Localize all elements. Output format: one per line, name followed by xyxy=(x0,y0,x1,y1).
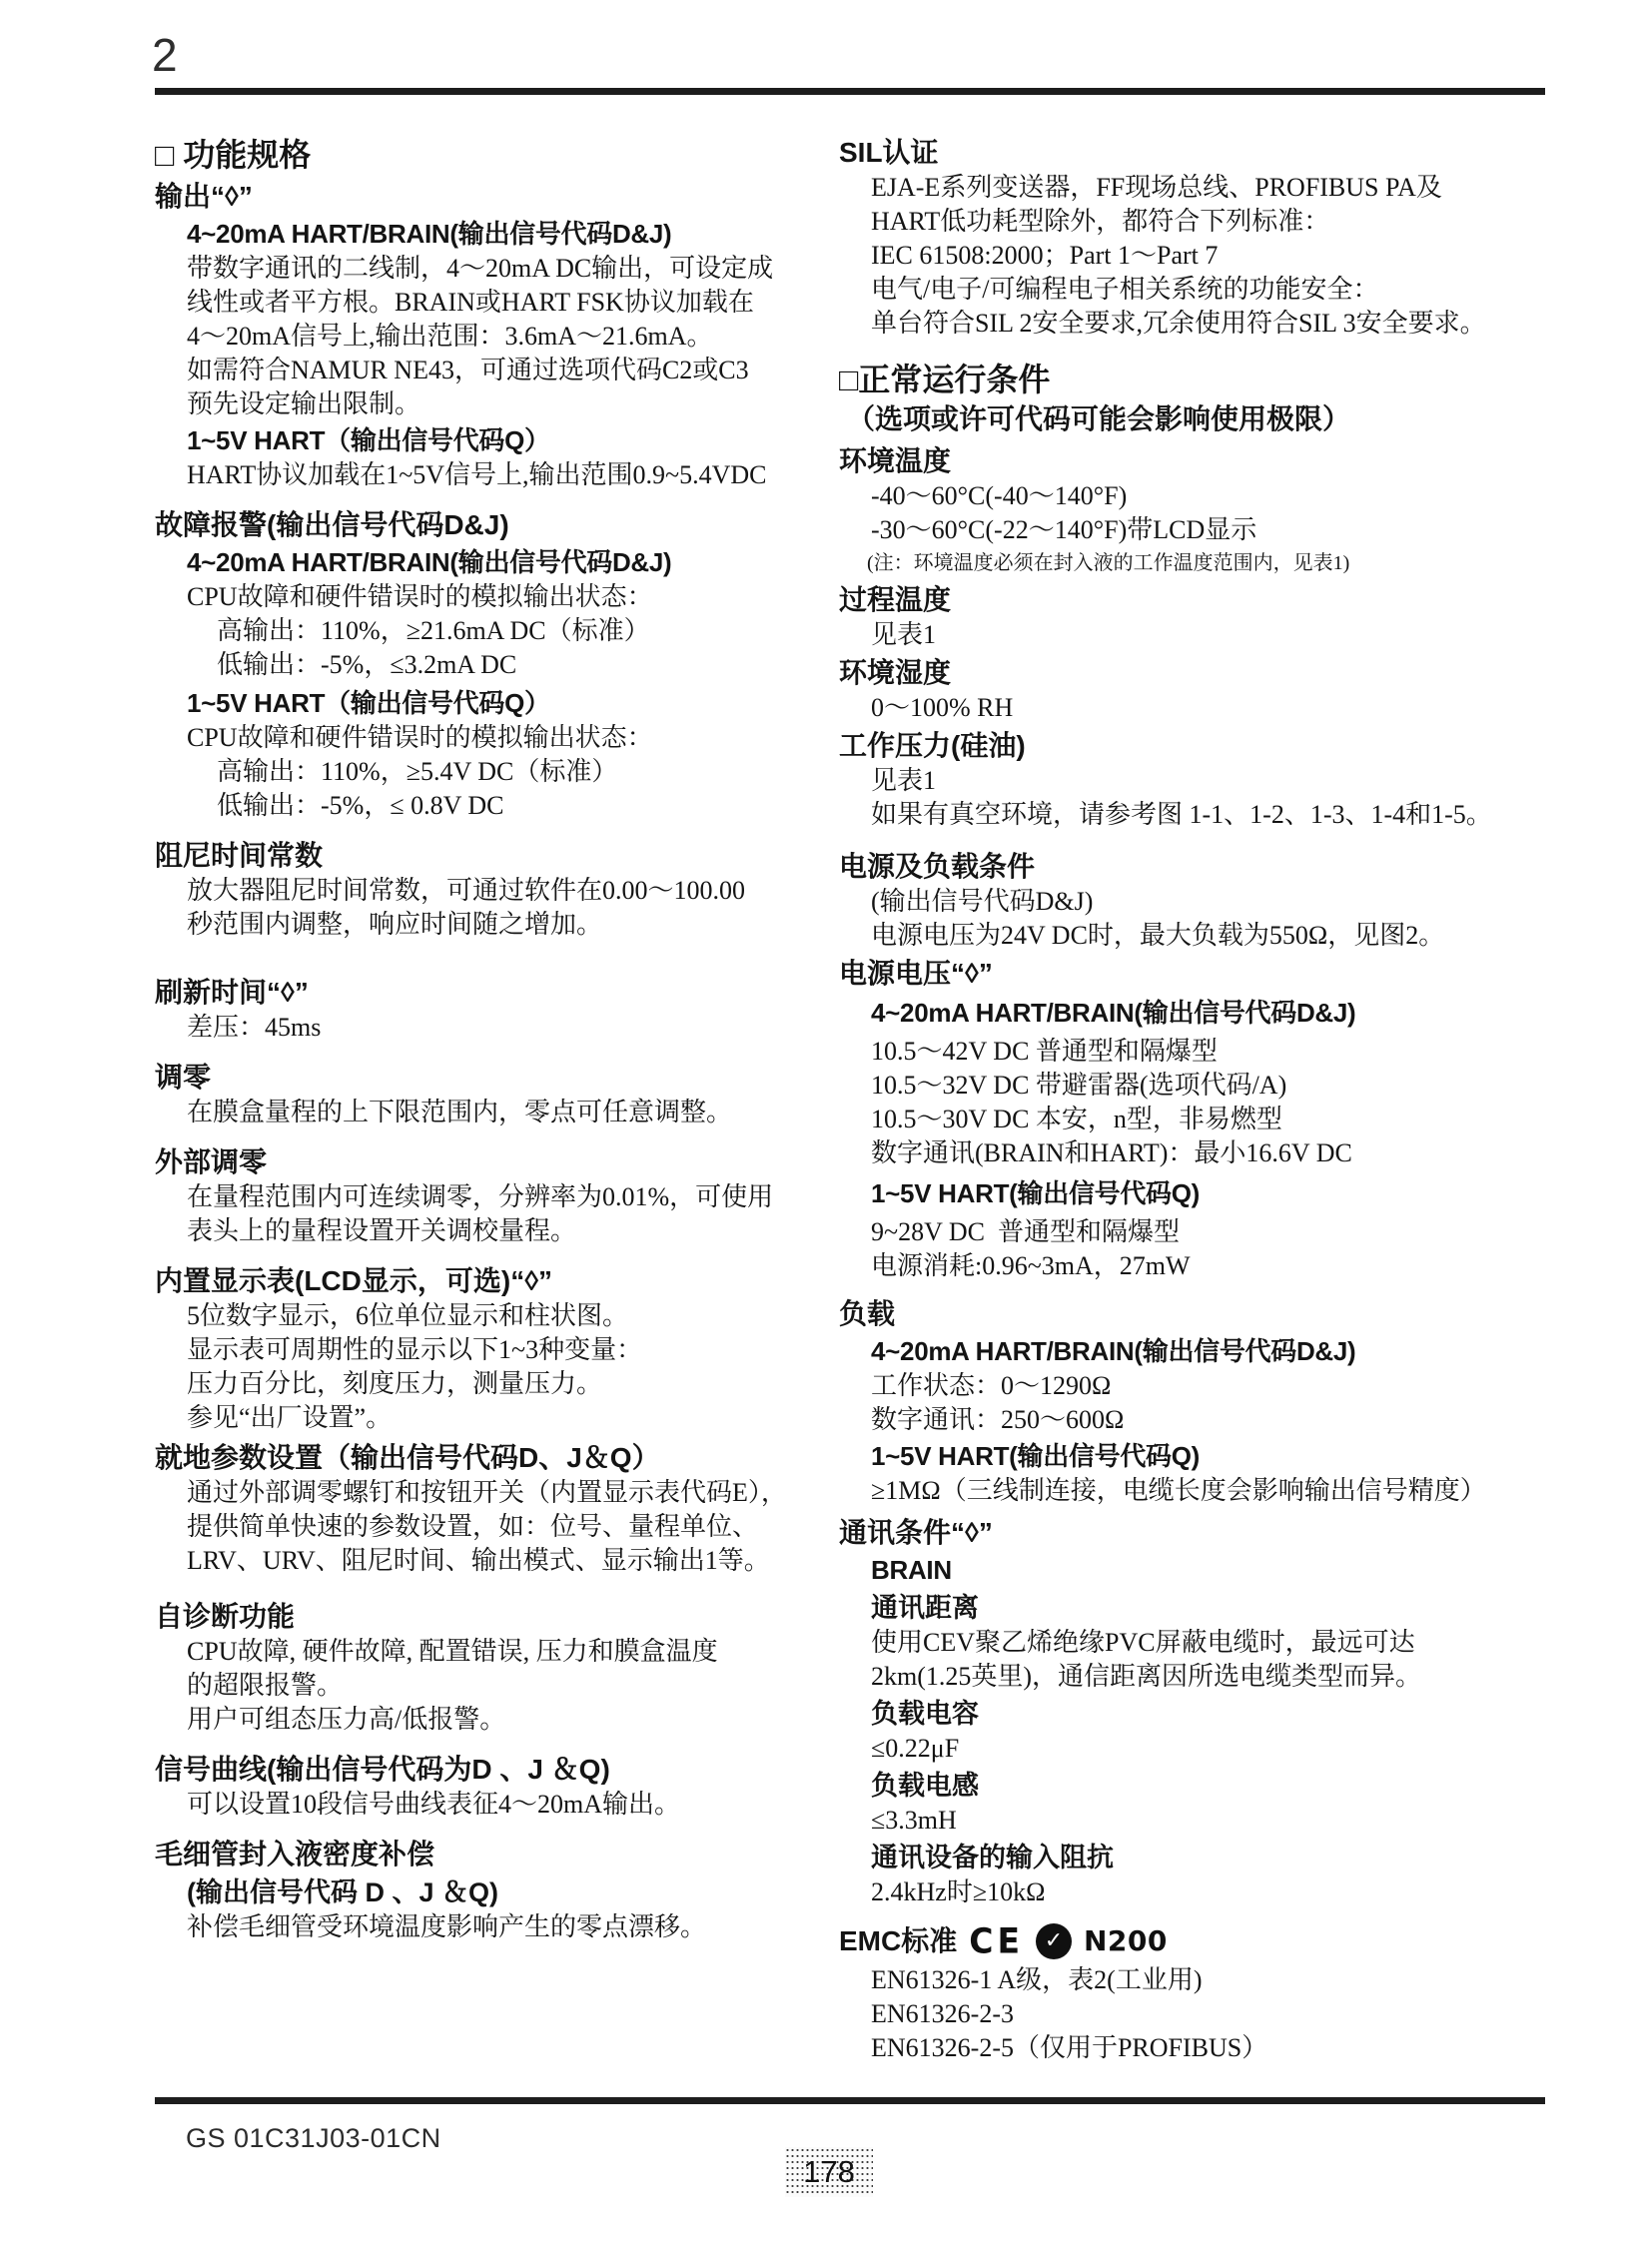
spec-text-line: ≤0.22μF xyxy=(839,1732,1562,1766)
document-page: 2 □ 功能规格输出“◊”4~20mA HART/BRAIN(输出信号代码D&J… xyxy=(0,0,1652,2242)
section-heading: □正常运行条件 xyxy=(839,359,1562,400)
section-heading: 4~20mA HART/BRAIN(输出信号代码D&J) xyxy=(155,217,826,252)
spec-text-line: 秒范围内调整，响应时间随之增加。 xyxy=(155,908,826,942)
section-heading: 环境温度 xyxy=(839,442,1562,479)
section-heading: 调零 xyxy=(155,1059,826,1096)
spec-text-line: IEC 61508:2000；Part 1～Part 7 xyxy=(839,239,1562,273)
section-heading: 4~20mA HART/BRAIN(输出信号代码D&J) xyxy=(839,1334,1562,1369)
section-heading: BRAIN xyxy=(839,1553,1562,1588)
section-heading: 工作压力(硅油) xyxy=(839,727,1562,764)
section-heading: (输出信号代码 D 、J ＆Q) xyxy=(155,1874,826,1910)
section-heading: 1~5V HART(输出信号代码Q) xyxy=(839,1176,1562,1211)
spec-text-line: 5位数字显示，6位单位显示和柱状图。 xyxy=(155,1299,826,1333)
header-rule xyxy=(155,88,1545,95)
spec-text-line: 差压：45ms xyxy=(155,1011,826,1045)
spec-text-line: 表头上的量程设置开关调校量程。 xyxy=(155,1214,826,1248)
section-heading: 4~20mA HART/BRAIN(输出信号代码D&J) xyxy=(839,996,1562,1031)
spec-text-line: 的超限报警。 xyxy=(155,1669,826,1703)
spec-text-line: 放大器阻尼时间常数，可通过软件在0.00～100.00 xyxy=(155,874,826,908)
section-heading: 信号曲线(输出信号代码为D 、J ＆Q) xyxy=(155,1751,826,1788)
spec-text-line: 4～20mA信号上,输出范围：3.6mA～21.6mA。 xyxy=(155,320,826,354)
section-heading: 负载电感 xyxy=(839,1768,1562,1804)
spec-text-line: 0～100% RH xyxy=(839,691,1562,725)
spec-text-line: 使用CEV聚乙烯绝缘PVC屏蔽电缆时，最远可达 xyxy=(839,1626,1562,1660)
section-heading: 环境湿度 xyxy=(839,654,1562,691)
spec-text-line: 数字通讯：250～600Ω xyxy=(839,1403,1562,1437)
spec-text-line: ≥1MΩ（三线制连接，电缆长度会影响输出信号精度） xyxy=(839,1474,1562,1508)
section-heading: 刷新时间“◊” xyxy=(155,974,826,1011)
section-heading: 故障报警(输出信号代码D&J) xyxy=(155,506,826,543)
section-heading: 通讯条件“◊” xyxy=(839,1514,1562,1551)
spec-text-line: 单台符合SIL 2安全要求,冗余使用符合SIL 3安全要求。 xyxy=(839,307,1562,341)
spec-text-line: 压力百分比，刻度压力，测量压力。 xyxy=(155,1367,826,1401)
spec-text-line: -40～60°C(-40～140°F) xyxy=(839,479,1562,513)
spec-text-line: 见表1 xyxy=(839,764,1562,798)
spec-text-line: 在膜盒量程的上下限范围内，零点可任意调整。 xyxy=(155,1096,826,1129)
spec-text-line: 电源电压为24V DC时，最大负载为550Ω，见图2。 xyxy=(839,919,1562,953)
emc-standard-line: EMC标准CE✓N200 xyxy=(839,1919,1562,1963)
section-heading: 电源及负载条件 xyxy=(839,848,1562,885)
spec-text-line: HART低功耗型除外，都符合下列标准： xyxy=(839,205,1562,239)
spec-text-line: EN61326-2-5（仅用于PROFIBUS） xyxy=(839,2031,1562,2065)
section-heading: 电源电压“◊” xyxy=(839,955,1562,992)
section-heading: 1~5V HART（输出信号代码Q） xyxy=(155,686,826,721)
spec-text-line: 补偿毛细管受环境温度影响产生的零点漂移。 xyxy=(155,1910,826,1944)
spec-text-line: ≤3.3mH xyxy=(839,1804,1562,1838)
spec-text-line: EJA-E系列变送器，FF现场总线、PROFIBUS PA及 xyxy=(839,171,1562,205)
section-heading: 1~5V HART(输出信号代码Q) xyxy=(839,1439,1562,1474)
section-heading: □ 功能规格 xyxy=(155,134,826,176)
c-tick-icon: ✓ xyxy=(1036,1923,1072,1959)
spec-text-line: 2.4kHz时≥10kΩ xyxy=(839,1875,1562,1909)
spec-text-line: 低输出：-5%，≤ 0.8V DC xyxy=(155,789,826,823)
ce-mark-icon: CE xyxy=(969,1923,1024,1959)
section-heading: 自诊断功能 xyxy=(155,1598,826,1635)
spec-text-line: 10.5～42V DC 普通型和隔爆型 xyxy=(839,1035,1562,1069)
spec-text-line: 2km(1.25英里)，通信距离因所选电缆类型而异。 xyxy=(839,1660,1562,1694)
note-line: (注：环境温度必须在封入液的工作温度范围内，见表1) xyxy=(839,547,1562,579)
section-heading: 通讯设备的输入阻抗 xyxy=(839,1840,1562,1875)
spec-text-line: 数字通讯(BRAIN和HART)：最小16.6V DC xyxy=(839,1136,1562,1170)
section-heading: 外部调零 xyxy=(155,1143,826,1180)
spec-text-line: 线性或者平方根。BRAIN或HART FSK协议加载在 xyxy=(155,286,826,320)
page-number-box: 178 xyxy=(785,2147,873,2197)
spec-text-line: -30～60°C(-22～140°F)带LCD显示 xyxy=(839,513,1562,547)
spec-text-line: 见表1 xyxy=(839,618,1562,652)
right-column: SIL认证EJA-E系列变送器，FF现场总线、PROFIBUS PA及HART低… xyxy=(839,134,1562,2065)
spec-text-line: CPU故障, 硬件故障, 配置错误, 压力和膜盒温度 xyxy=(155,1635,826,1669)
spec-text-line: 参见“出厂设置”。 xyxy=(155,1401,826,1435)
spec-text-line: 带数字通讯的二线制，4～20mA DC输出，可设定成 xyxy=(155,252,826,286)
spec-text-line: CPU故障和硬件错误时的模拟输出状态： xyxy=(155,721,826,755)
document-number: GS 01C31J03-01CN xyxy=(186,2123,441,2154)
spec-text-line: 电源消耗:0.96~3mA，27mW xyxy=(839,1249,1562,1283)
spec-text-line: 预先设定输出限制。 xyxy=(155,387,826,421)
spec-text-line: 低输出：-5%，≤3.2mA DC xyxy=(155,648,826,682)
left-column: □ 功能规格输出“◊”4~20mA HART/BRAIN(输出信号代码D&J)带… xyxy=(155,134,826,1944)
section-heading: 毛细管封入液密度补偿 xyxy=(155,1836,826,1872)
section-heading: 4~20mA HART/BRAIN(输出信号代码D&J) xyxy=(155,545,826,580)
section-heading: 通讯距离 xyxy=(839,1590,1562,1626)
spec-text-line: 高输出：110%，≥21.6mA DC（标准） xyxy=(155,614,826,648)
emc-heading-label: EMC标准 xyxy=(839,1924,957,1958)
spec-text-line: 高输出：110%，≥5.4V DC（标准） xyxy=(155,755,826,789)
spec-text-line: 电气/电子/可编程电子相关系统的功能安全： xyxy=(839,273,1562,307)
spec-text-line: (输出信号代码D&J) xyxy=(839,885,1562,919)
section-heading: 输出“◊” xyxy=(155,178,826,215)
section-heading: 就地参数设置（输出信号代码D、J＆Q） xyxy=(155,1439,826,1476)
section-heading: （选项或许可代码可能会影响使用极限） xyxy=(839,400,1562,438)
section-heading: 负载电容 xyxy=(839,1696,1562,1732)
spec-text-line: 可以设置10段信号曲线表征4～20mA输出。 xyxy=(155,1788,826,1822)
spec-text-line: CPU故障和硬件错误时的模拟输出状态： xyxy=(155,580,826,614)
spec-text-line: 10.5～32V DC 带避雷器(选项代码/A) xyxy=(839,1069,1562,1103)
spec-text-line: 用户可组态压力高/低报警。 xyxy=(155,1703,826,1737)
spec-text-line: 提供简单快速的参数设置，如：位号、量程单位、 xyxy=(155,1510,826,1544)
spec-text-line: HART协议加载在1~5V信号上,输出范围0.9~5.4VDC xyxy=(155,458,826,492)
spec-text-line: 如需符合NAMUR NE43，可通过选项代码C2或C3 xyxy=(155,354,826,387)
section-heading: 过程温度 xyxy=(839,581,1562,618)
spec-text-line: 9~28V DC 普通型和隔爆型 xyxy=(839,1215,1562,1249)
spec-text-line: 工作状态：0～1290Ω xyxy=(839,1369,1562,1403)
spec-text-line: 在量程范围内可连续调零，分辨率为0.01%，可使用 xyxy=(155,1180,826,1214)
c-tick-n200-label: N200 xyxy=(1084,1924,1168,1958)
spec-text-line: EN61326-2-3 xyxy=(839,1997,1562,2031)
spec-text-line: 如果有真空环境，请参考图 1-1、1-2、1-3、1-4和1-5。 xyxy=(839,798,1562,832)
spec-text-line: 显示表可周期性的显示以下1~3种变量： xyxy=(155,1333,826,1367)
footer-rule xyxy=(155,2097,1545,2104)
spec-text-line: 10.5～30V DC 本安，n型，非易燃型 xyxy=(839,1103,1562,1136)
section-heading: SIL认证 xyxy=(839,134,1562,171)
section-heading: 负载 xyxy=(839,1295,1562,1332)
spec-text-line: EN61326-1 A级，表2(工业用) xyxy=(839,1963,1562,1997)
spec-text-line: 通过外部调零螺钉和按钮开关（内置显示表代码E）， xyxy=(155,1476,826,1510)
section-heading: 内置显示表(LCD显示，可选)“◊” xyxy=(155,1262,826,1299)
chapter-number: 2 xyxy=(152,28,178,82)
page-number: 178 xyxy=(803,2154,855,2190)
section-heading: 阻尼时间常数 xyxy=(155,837,826,874)
spec-text-line: LRV、URV、阻尼时间、输出模式、显示输出1等。 xyxy=(155,1544,826,1578)
section-heading: 1~5V HART（输出信号代码Q） xyxy=(155,423,826,458)
